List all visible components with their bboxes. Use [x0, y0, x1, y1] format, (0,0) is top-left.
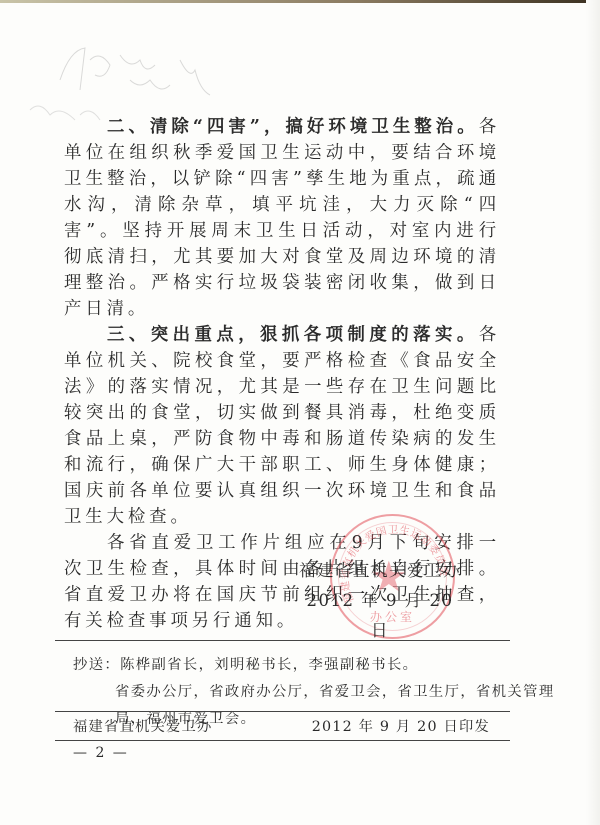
- signature-block: 福建省直机关爱卫办 2012 年 9 月 20 日: [295, 556, 465, 646]
- page-number: — 2 —: [73, 745, 129, 761]
- cc-row-1: 抄送：陈桦副省长，刘明秘书长，李强副秘书长。: [73, 652, 513, 679]
- section-3-text: 各单位机关、院校食堂，要严格检查《食品安全法》的落实情况，尤其是一些存在卫生问题…: [64, 325, 500, 527]
- section-2-text: 各单位在组织秋季爱国卫生运动中，要结合环境卫生整治，以铲除“四害”孳生地为重点，…: [64, 117, 500, 319]
- section-3: 三、突出重点，狠抓各项制度的落实。各单位机关、院校食堂，要严格检查《食品安全法》…: [64, 322, 500, 530]
- footer-issuer: 福建省直机关爱卫办: [73, 716, 212, 736]
- footer-top-rule: [55, 711, 510, 712]
- section-2: 二、清除“四害”，搞好环境卫生整治。各单位在组织秋季爱国卫生运动中，要结合环境卫…: [64, 114, 500, 322]
- section-2-heading: 二、清除“四害”，搞好环境卫生整治。: [107, 117, 479, 137]
- footer-print-date: 2012 年 9 月 20 日印发: [312, 716, 490, 736]
- scan-top-edge: [0, 0, 600, 3]
- signature-date: 2012 年 9 月 20 日: [295, 586, 465, 646]
- signature-issuer: 福建省直机关爱卫办: [295, 556, 465, 586]
- cc-label: 抄送：: [73, 657, 120, 673]
- cc-row-2: 省委办公厅，省政府办公厅，省爱卫会，省卫生厅，省机关管理: [73, 679, 513, 706]
- scan-right-edge: [586, 0, 600, 825]
- footer-bottom-rule: [55, 740, 510, 741]
- cc-recipients-1: 陈桦副省长，刘明秘书长，李强副秘书长。: [120, 657, 418, 673]
- section-3-heading: 三、突出重点，狠抓各项制度的落实。: [107, 325, 479, 345]
